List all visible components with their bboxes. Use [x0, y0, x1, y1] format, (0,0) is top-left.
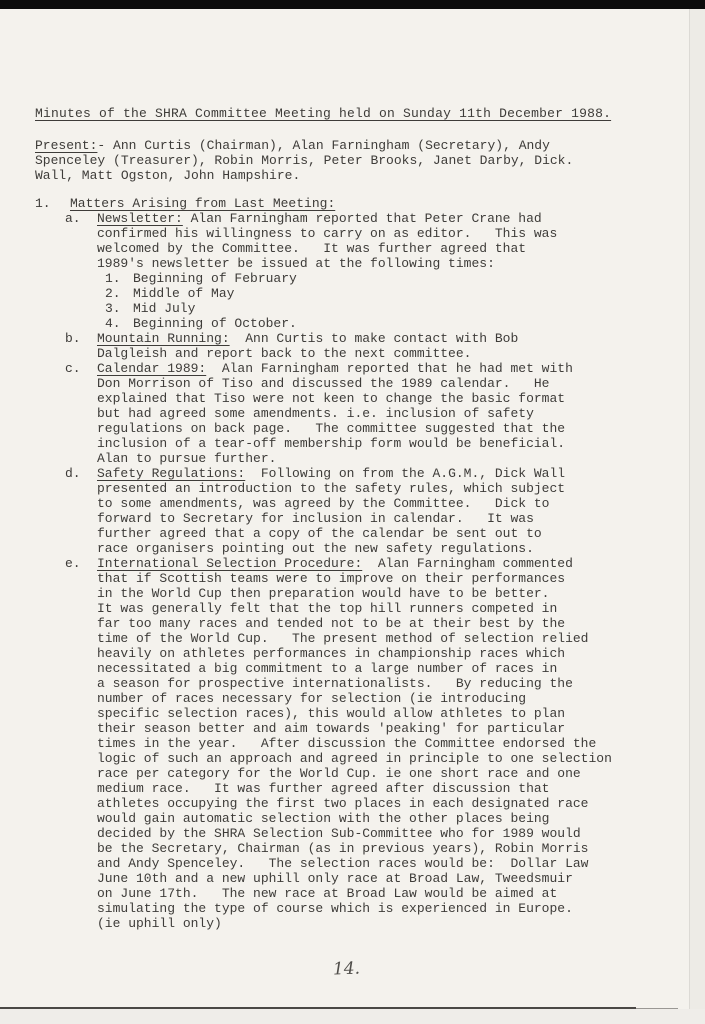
item-heading: International Selection Procedure: [97, 556, 362, 571]
section-items: a. Newsletter: Alan Farningham reported … [65, 211, 677, 931]
item-heading: Calendar 1989: [97, 361, 206, 376]
list-item-a: a. Newsletter: Alan Farningham reported … [65, 211, 677, 331]
scan-bottom-margin [0, 1009, 705, 1024]
sublist-text: Beginning of February [133, 271, 297, 286]
item-heading: Safety Regulations: [97, 466, 245, 481]
document-page: Minutes of the SHRA Committee Meeting he… [0, 0, 705, 931]
item-marker: c. [65, 361, 97, 466]
sublist-number: 3. [105, 301, 133, 316]
item-content: Safety Regulations: Following on from th… [97, 466, 677, 556]
present-paragraph: Present:- Ann Curtis (Chairman), Alan Fa… [35, 138, 677, 183]
sublist-item: 3.Mid July [97, 301, 677, 316]
sublist-number: 4. [105, 316, 133, 331]
item-marker: a. [65, 211, 97, 331]
item-heading: Mountain Running: [97, 331, 230, 346]
item-content: Newsletter: Alan Farningham reported tha… [97, 211, 677, 331]
page-title: Minutes of the SHRA Committee Meeting he… [35, 106, 611, 121]
list-item-e: e. International Selection Procedure: Al… [65, 556, 677, 931]
sublist-item: 2.Middle of May [97, 286, 677, 301]
present-label: Present: [35, 138, 97, 153]
item-marker: e. [65, 556, 97, 931]
sublist-number: 1. [105, 271, 133, 286]
sublist-number: 2. [105, 286, 133, 301]
item-marker: b. [65, 331, 97, 361]
sublist-item: 4.Beginning of October. [97, 316, 677, 331]
sublist-text: Middle of May [133, 286, 234, 301]
section-heading-row: 1. Matters Arising from Last Meeting: [35, 196, 677, 211]
item-content: Calendar 1989: Alan Farningham reported … [97, 361, 677, 466]
item-content: Mountain Running: Ann Curtis to make con… [97, 331, 677, 361]
newsletter-schedule-list: 1.Beginning of February2.Middle of May3.… [97, 271, 677, 331]
item-body: Alan Farningham reported that he had met… [97, 361, 573, 466]
sublist-item: 1.Beginning of February [97, 271, 677, 286]
page-number: 14. [333, 962, 361, 978]
item-heading: Newsletter: [97, 211, 183, 226]
item-content: International Selection Procedure: Alan … [97, 556, 677, 931]
item-body: Alan Farningham commented that if Scotti… [97, 556, 612, 931]
list-item-d: d. Safety Regulations: Following on from… [65, 466, 677, 556]
present-text: - Ann Curtis (Chairman), Alan Farningham… [35, 138, 573, 183]
item-marker: d. [65, 466, 97, 556]
list-item-c: c. Calendar 1989: Alan Farningham report… [65, 361, 677, 466]
list-item-b: b. Mountain Running: Ann Curtis to make … [65, 331, 677, 361]
sublist-text: Beginning of October. [133, 316, 297, 331]
sublist-text: Mid July [133, 301, 195, 316]
section-number: 1. [35, 196, 70, 211]
title-row: Minutes of the SHRA Committee Meeting he… [35, 106, 677, 121]
section-heading: Matters Arising from Last Meeting: [70, 196, 335, 211]
